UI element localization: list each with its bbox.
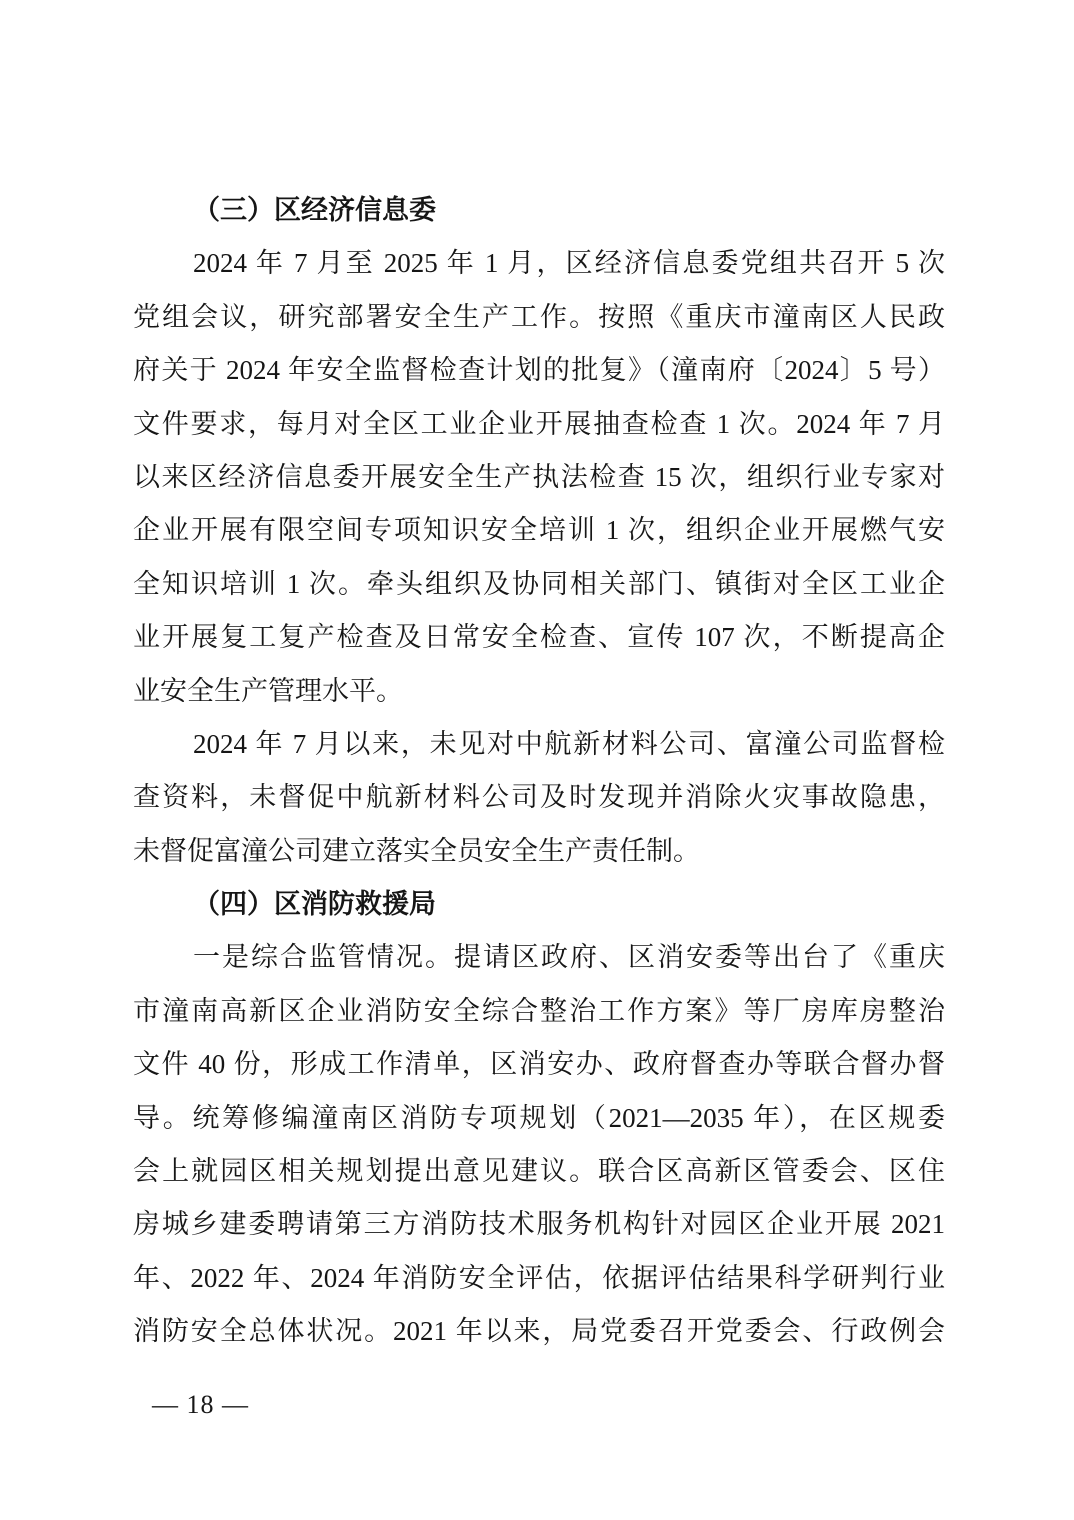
body-line: 2024 年 7 月以来，未见对中航新材料公司、富潼公司监督检 [133,718,945,771]
section-heading-3: （三）区经济信息委 [133,184,945,237]
body-line: 文件 40 份，形成工作清单，区消安办、政府督查办等联合督办督 [133,1038,945,1091]
body-line: 业开展复工复产检查及日常安全检查、宣传 107 次，不断提高企 [133,611,945,664]
section-heading-4: （四）区消防救援局 [133,878,945,931]
page-number: — 18 — [152,1390,249,1419]
body-line: 未督促富潼公司建立落实全员安全生产责任制。 [133,825,945,878]
body-line: 市潼南高新区企业消防安全综合整治工作方案》等厂房库房整治 [133,985,945,1038]
body-line: 业安全生产管理水平。 [133,665,945,718]
body-line: 2024 年 7 月至 2025 年 1 月，区经济信息委党组共召开 5 次 [133,237,945,290]
body-line: 会上就园区相关规划提出意见建议。联合区高新区管委会、区住 [133,1145,945,1198]
page-footer: — 18 — [152,1388,249,1422]
body-line: 党组会议，研究部署安全生产工作。按照《重庆市潼南区人民政 [133,291,945,344]
body-line: 文件要求，每月对全区工业企业开展抽查检查 1 次。2024 年 7 月 [133,398,945,451]
body-line: 年、2022 年、2024 年消防安全评估，依据评估结果科学研判行业 [133,1252,945,1305]
document-body: （三）区经济信息委 2024 年 7 月至 2025 年 1 月，区经济信息委党… [133,184,945,1359]
body-line: 查资料，未督促中航新材料公司及时发现并消除火灾事故隐患， [133,771,945,824]
body-line: 府关于 2024 年安全监督检查计划的批复》（潼南府〔2024〕5 号） [133,344,945,397]
body-line: 导。统筹修编潼南区消防专项规划（2021—2035 年），在区规委 [133,1092,945,1145]
body-line: 消防安全总体状况。2021 年以来，局党委召开党委会、行政例会 [133,1305,945,1358]
body-line: 一是综合监管情况。提请区政府、区消安委等出台了《重庆 [133,931,945,984]
body-line: 房城乡建委聘请第三方消防技术服务机构针对园区企业开展 2021 [133,1198,945,1251]
body-line: 企业开展有限空间专项知识安全培训 1 次，组织企业开展燃气安 [133,504,945,557]
body-line: 全知识培训 1 次。牵头组织及协同相关部门、镇街对全区工业企 [133,558,945,611]
body-line: 以来区经济信息委开展安全生产执法检查 15 次，组织行业专家对 [133,451,945,504]
document-page: （三）区经济信息委 2024 年 7 月至 2025 年 1 月，区经济信息委党… [0,0,1074,1520]
